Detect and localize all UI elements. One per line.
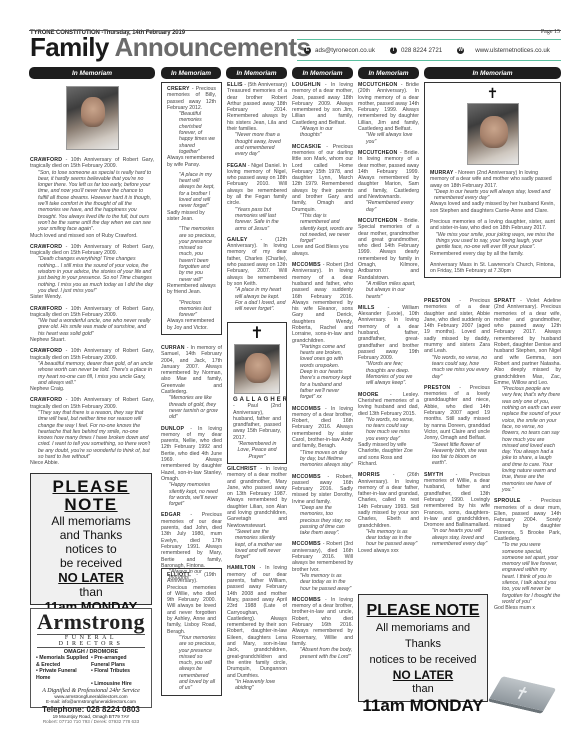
- elliott-box: ELLIOTT - (19th Anniversary). Precious m…: [161, 568, 222, 696]
- section-header-col3: In Memoriam: [226, 67, 287, 79]
- creery-box: CREERY - Precious memories of Billy, pas…: [161, 82, 222, 335]
- ad-tagline: A Dignified & Professional 24hr Service: [31, 688, 151, 694]
- notice-entry: MCCOMBS - Robert (3rd Anniversary). In l…: [292, 262, 353, 401]
- notice-entry: MCCOMBS - Robert, passed away 16th Febru…: [292, 474, 353, 537]
- notice-entry: ELLIS - (5th Anniversary) Treasured memo…: [227, 82, 287, 158]
- notice-entry: MOORE - Lesley. Cherished memories of a …: [358, 392, 419, 468]
- contact-email[interactable]: ads@tyronecon.co.uk: [315, 47, 375, 54]
- column-3: ELLIS - (5th Anniversary) Treasured memo…: [227, 82, 287, 317]
- web-icon: W: [457, 47, 464, 54]
- notice-entry: GAILEY - (12th Anniversary). In loving m…: [227, 237, 287, 313]
- notice-entry: PRESTON - Precious memories of a dear da…: [424, 298, 490, 380]
- notice-entry: MORRIS - (26th Anniversary). In loving m…: [358, 472, 419, 554]
- notice-entry: MILLS - William Alexander (Lexie), 10th …: [358, 305, 419, 387]
- please-note-box: PLEASE NOTE All memoriams and Thanks not…: [30, 473, 152, 605]
- section-header-col5: In Memoriam: [358, 67, 419, 79]
- notice-entry: MCCUTCHEON - Bridie. In loving memory of…: [358, 150, 419, 213]
- ad-features: • Memorials Supplied & Erected• Pre-arra…: [31, 655, 151, 688]
- cross-icon: ✝: [430, 86, 555, 100]
- notice-entry: CRAWFORD - 10th Anniversary of Robert Ga…: [30, 244, 154, 301]
- section-header-col1: In Memoriam: [29, 67, 155, 79]
- bible-icon: [488, 676, 557, 714]
- ad-email[interactable]: E-mail: info@armstrongfuneraldirectors.c…: [31, 699, 151, 705]
- notice-entry: MCCOMBS - In loving memory of a dear bro…: [292, 597, 353, 660]
- contact-bar: E ads@tyronecon.co.uk T 028 8224 2721 W …: [297, 39, 561, 61]
- cross-icon: ✝: [233, 326, 281, 342]
- notice-entry: SMYTH - Precious memories of Willie, a d…: [424, 472, 490, 548]
- title-announcements: Announcements: [114, 32, 310, 62]
- page-title: Family Announcements: [30, 34, 310, 60]
- contact-website[interactable]: www.ulsternetnotices.co.uk: [475, 47, 550, 54]
- photo-murray: [467, 103, 519, 165]
- notice-entry: LOUGHLIN - In loving memory of a dear mo…: [292, 82, 353, 139]
- section-header-col2: In Memoriam: [161, 67, 221, 79]
- notice-entry: PRESTON - Precious memories of a lovely …: [424, 385, 490, 467]
- notice-entry: CRAWFORD - 10th Anniversary of Robert Ga…: [30, 306, 154, 344]
- photo-crawford: [66, 86, 119, 150]
- column-1: CRAWFORD - 10th Anniversary of Robert Ga…: [30, 157, 154, 472]
- phone-icon: T: [390, 47, 397, 54]
- gallagher-box: ✝ GALLAGHER - Paul (2nd Anniversary), hu…: [227, 322, 287, 464]
- contact-phone[interactable]: 028 8224 2721: [401, 47, 442, 54]
- notice-entry: GILCHRIST - In loving memory of a dear m…: [227, 466, 287, 560]
- masthead-rule: [29, 30, 561, 31]
- ad-mobiles: Robert: 07710 710 793 / Derek: 07932 778…: [31, 719, 151, 725]
- notice-entry: CURRAN - In memory of Samuel, 14th Febru…: [161, 345, 222, 421]
- column-3-lower: GILCHRIST - In loving memory of a dear m…: [227, 466, 287, 696]
- email-icon: E: [304, 47, 311, 54]
- murray-box: ✝ MURRAY - Noreen (2nd Anniversary) In l…: [424, 82, 561, 278]
- ad-telephone: Telephone: 028 8224 0803: [31, 705, 151, 714]
- column-6-left: PRESTON - Precious memories of a dear da…: [424, 298, 490, 552]
- page-number: Page 15: [541, 29, 560, 35]
- notice-entry: MCCUTCHEON - Bridie. Special memories of…: [358, 218, 419, 300]
- notice-entry: MCCASKIE - Precious memories of our darl…: [292, 144, 353, 257]
- notice-entry: CRAWFORD - 10th Anniversary of Robert Ga…: [30, 157, 154, 239]
- notice-entry: CRAWFORD - 10th Anniversary of Robert Ga…: [30, 397, 154, 466]
- ad-brand: Armstrong: [31, 611, 151, 633]
- column-4: LOUGHLIN - In loving memory of a dear mo…: [292, 82, 353, 665]
- notice-entry: MCCUTCHEON - Bridie (20th Anniversary). …: [358, 82, 419, 145]
- notice-entry: MCCOMBS - In loving memory of a dear bro…: [292, 406, 353, 469]
- please-note-box-right: PLEASE NOTE All memoriams and Thanks not…: [358, 594, 488, 702]
- notice-entry: MCCOMBS - Robert (3rd anniversary), died…: [292, 541, 353, 591]
- notice-entry: SPROULE - Precious memories of a dear mu…: [494, 498, 561, 611]
- column-5: MCCUTCHEON - Bridie (20th Anniversary). …: [358, 82, 419, 559]
- column-2: CURRAN - In memory of Samuel, 14th Febru…: [161, 345, 222, 587]
- photo-gallagher: [234, 344, 280, 394]
- notice-entry: CRAWFORD - 10th Anniversary of Robert Ga…: [30, 348, 154, 392]
- section-header-col4: In Memoriam: [292, 67, 353, 79]
- ad-subtitle: FUNERAL DIRECTORS: [37, 634, 145, 648]
- notice-entry: FEGAN - Nigel Daniel. In loving memory o…: [227, 163, 287, 232]
- armstrong-funeral-ad: Armstrong FUNERAL DIRECTORS OMAGH / DROM…: [30, 608, 152, 708]
- notice-entry: DUNLOP - In loving memory of my dear par…: [161, 426, 222, 508]
- notice-entry: SPRATT - Violet Adeline (2nd Anniversary…: [494, 298, 561, 493]
- notice-entry: HAMILTON - In loving memory of our dear …: [227, 565, 287, 691]
- column-6-right: SPRATT - Violet Adeline (2nd Anniversary…: [494, 298, 561, 617]
- section-header-col6: In Memoriam: [424, 67, 561, 79]
- title-family: Family: [30, 32, 109, 62]
